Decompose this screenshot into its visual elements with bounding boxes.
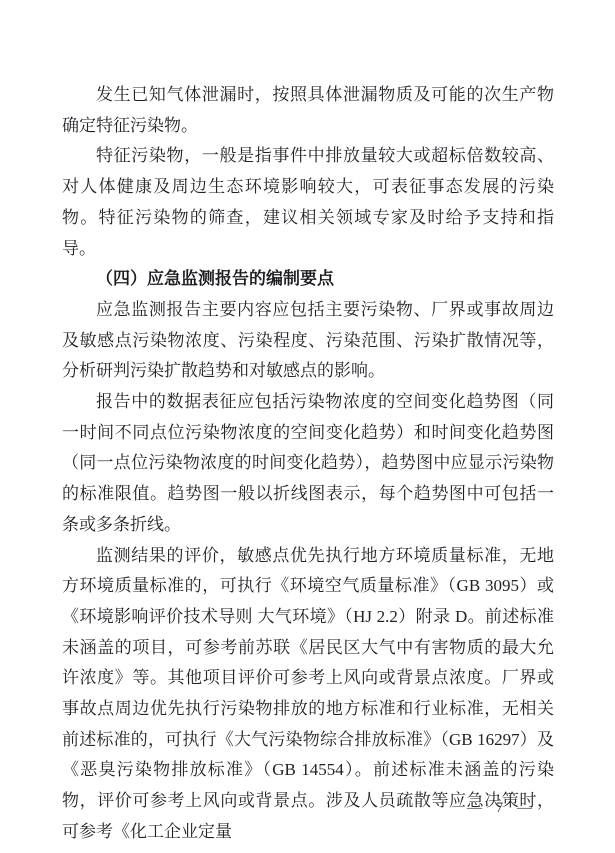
paragraph-feature-pollutant-definition: 特征污染物，一般是指事件中排放量较大或超标倍数较高、对人体健康及周边生态环境影响…	[62, 141, 554, 264]
section-heading: （四）应急监测报告的编制要点	[62, 264, 554, 295]
page-number: — 7 —	[467, 799, 537, 817]
paragraph-feature-pollutant-determination: 发生已知气体泄漏时，按照具体泄漏物质及可能的次生产物确定特征污染物。	[62, 80, 554, 141]
document-page: 发生已知气体泄漏时，按照具体泄漏物质及可能的次生产物确定特征污染物。 特征污染物…	[0, 0, 615, 853]
document-body: 发生已知气体泄漏时，按照具体泄漏物质及可能的次生产物确定特征污染物。 特征污染物…	[62, 80, 554, 848]
paragraph-data-trend-charts: 报告中的数据表征应包括污染物浓度的空间变化趋势图（同一时间不同点位污染物浓度的空…	[62, 387, 554, 541]
paragraph-report-main-content: 应急监测报告主要内容应包括主要污染物、厂界或事故周边及敏感点污染物浓度、污染程度…	[62, 295, 554, 387]
